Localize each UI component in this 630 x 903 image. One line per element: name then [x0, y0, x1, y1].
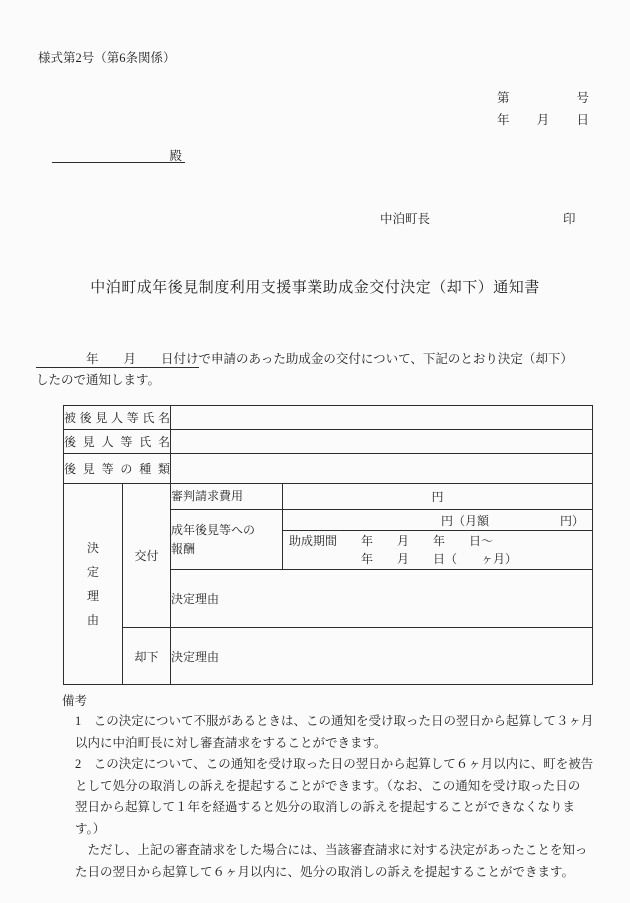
addressee-honorific: 殿 [169, 149, 182, 163]
document-page: 様式第2号（第6条関係） 第 号 年 月 日 殿 中泊町長 印 中泊町成年後見制… [0, 0, 630, 903]
issuer-name: 中泊町長 [380, 209, 430, 227]
guardian-type-label: 後見等の種類 [64, 454, 171, 484]
guardian-name-label: 後見人等氏名 [64, 430, 171, 454]
reward-label: 成年後見等への 報酬 [171, 510, 283, 570]
addressee-blank-line: 殿 [52, 146, 185, 163]
reject-reason-label: 決定理由 [171, 628, 593, 685]
page-title: 中泊町成年後見制度利用支援事業助成金交付決定（却下）通知書 [0, 276, 630, 297]
decision-table: 被後見人等氏名 後見人等氏名 後見等の種類 決 定 理 由 交付 審判請求費用 … [63, 405, 593, 685]
notes-heading: 備考 [62, 691, 87, 709]
grant-group-label: 交付 [123, 484, 171, 628]
note-line: 翌日から起算して１年を経過すると処分の取消しの訴えを提起することができなくなりま [75, 797, 605, 819]
seal-mark: 印 [563, 209, 576, 227]
document-number-line: 第 号 [497, 88, 589, 106]
grant-period-line2: 年 月 日（ ヶ月） [283, 550, 592, 568]
reject-group-label: 却下 [123, 628, 171, 685]
table-row-reject-reason: 却下 決定理由 [64, 628, 593, 685]
note-line: す。） [75, 819, 605, 841]
doc-number-suffix: 号 [576, 88, 589, 106]
date-year-label: 年 [497, 110, 510, 128]
guardian-type-field [171, 454, 593, 484]
reward-amount-unit-left: 円（月額 [441, 512, 489, 529]
trial-cost-unit: 円 [283, 484, 593, 510]
grant-period-line1: 助成期間 年 月 年 日～ [283, 532, 592, 550]
note-line: ただし、上記の審査請求をした場合には、当該審査請求に対する決定があったことを知っ [75, 840, 605, 862]
issue-date-line: 年 月 日 [497, 110, 589, 128]
notes-block: 1 この決定について不服があるときは、この通知を受け取った日の翌日から起算して３… [75, 711, 605, 883]
note-line: 以内に中泊町長に対し審査請求をすることができます。 [75, 733, 605, 755]
form-number-label: 様式第2号（第6条関係） [38, 48, 176, 66]
trial-cost-label: 審判請求費用 [171, 484, 283, 510]
doc-number-prefix: 第 [497, 88, 510, 106]
note-line: 2 この決定について、この通知を受け取った日の翌日から起算して６ヶ月以内に、町を… [75, 754, 605, 776]
reward-amount-field: 円（月額 円） [283, 510, 593, 531]
grant-reason-label: 決定理由 [171, 570, 593, 628]
table-row-guardian-type: 後見等の種類 [64, 454, 593, 484]
note-line: 1 この決定について不服があるときは、この通知を受け取った日の翌日から起算して３… [75, 711, 605, 733]
body-paragraph-line1: 年 月 日付けで申請のあった助成金の交付について、下記のとおり決定（却下） [36, 349, 616, 367]
date-month-label: 月 [537, 110, 550, 128]
table-row-ward-name: 被後見人等氏名 [64, 406, 593, 430]
guardian-name-field [171, 430, 593, 454]
reward-amount-unit-right: 円） [560, 512, 584, 529]
ward-name-label: 被後見人等氏名 [64, 406, 171, 430]
application-date-blank: 年 月 日付け [36, 352, 199, 368]
grant-period-field: 助成期間 年 月 年 日～ 年 月 日（ ヶ月） [283, 531, 593, 570]
ward-name-field [171, 406, 593, 430]
table-row-guardian-name: 後見人等氏名 [64, 430, 593, 454]
note-line: た日の翌日から起算して６ヶ月以内に、処分の取消しの訴えを提起することができます。 [75, 862, 605, 884]
decision-reason-vertical-label: 決 定 理 由 [64, 484, 123, 685]
date-day-label: 日 [576, 110, 589, 128]
body-line1-text: で申請のあった助成金の交付について、下記のとおり決定（却下） [199, 352, 573, 366]
body-paragraph-line2: したので通知します。 [36, 370, 160, 388]
table-row-cost: 決 定 理 由 交付 審判請求費用 円 [64, 484, 593, 510]
note-line: として処分の取消しの訴えを提起することができます。（なお、この通知を受け取った日… [75, 776, 605, 798]
